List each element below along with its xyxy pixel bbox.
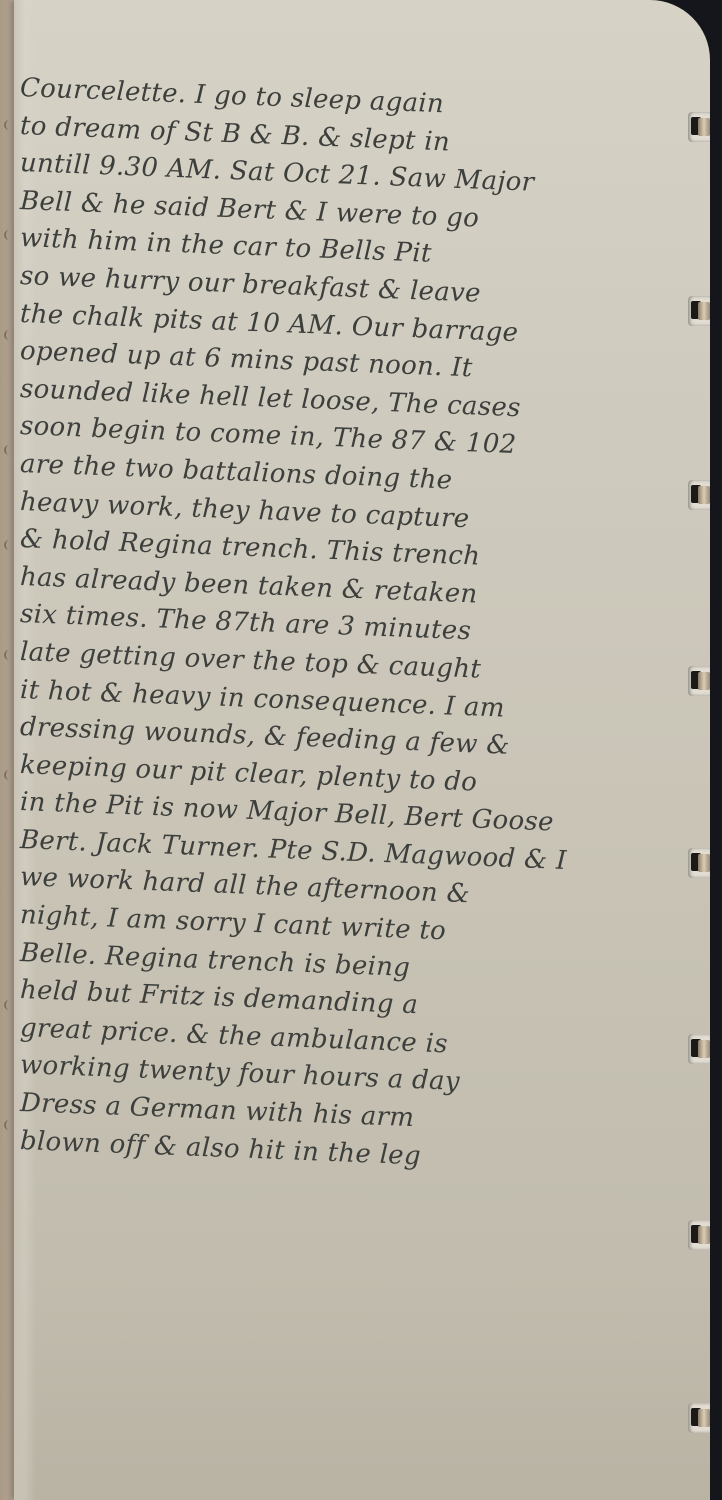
underlying-ink-mark: [4, 770, 13, 780]
underlying-ink-mark: [4, 1000, 13, 1010]
binder-ring: [688, 1220, 710, 1250]
underlying-ink-mark: [4, 1120, 13, 1130]
underlying-ink-mark: [4, 230, 13, 240]
handwritten-text: Courcelette. I go to sleep again to drea…: [20, 70, 700, 1160]
underlying-ink-mark: [4, 445, 13, 455]
underlying-ink-mark: [4, 650, 13, 660]
binder-ring: [688, 1403, 710, 1433]
underlying-ink-mark: [4, 120, 13, 130]
underlying-ink-mark: [4, 540, 13, 550]
underlying-ink-mark: [4, 330, 13, 340]
